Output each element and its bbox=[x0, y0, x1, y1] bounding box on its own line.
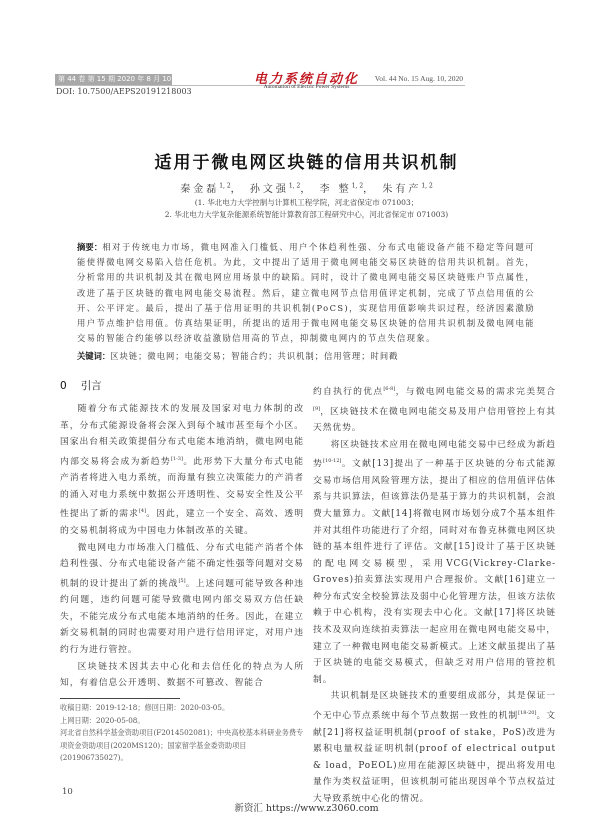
section-heading: 0引言 bbox=[60, 378, 102, 393]
footnote-online-date: 上网日期：2020-05-08。 bbox=[60, 715, 304, 728]
page-number: 10 bbox=[62, 787, 73, 797]
footnote-rule bbox=[60, 698, 180, 699]
section-title: 引言 bbox=[81, 380, 102, 392]
author-aff: 1, 2 bbox=[289, 183, 300, 190]
right-column: 约自执行的优点[6-8]，与微电网电能交易的需求完美契合[9]，区块链技术在微电… bbox=[313, 381, 556, 808]
citation: [4] bbox=[139, 508, 146, 514]
citation: [10-12] bbox=[323, 458, 341, 464]
author-name: 朱有产 bbox=[382, 184, 421, 195]
footnotes: 收稿日期：2019-12-18；修回日期：2020-03-05。 上网日期：20… bbox=[60, 702, 304, 765]
citation: [18-20] bbox=[518, 710, 536, 716]
affiliation-1: (1. 华北电力大学控制与计算机工程学院，河北省保定市 071003； bbox=[0, 197, 613, 208]
abstract-label: 摘要： bbox=[77, 242, 102, 252]
abstract: 摘要：相对于传统电力市场，微电网准入门槛低、用户个体趋利性强、分布式电能设备产能… bbox=[77, 240, 535, 346]
paragraph: 共识机制是区块链技术的重要组成部分，其是保证一个无中心节点系统中每个节点数据一致… bbox=[313, 688, 556, 807]
footnote-funding: 河北省自然科学基金资助项目(F2014502081)；中央高校基本科研业务费专项… bbox=[60, 727, 304, 765]
journal-name-en: Automation of Electric Power Systems bbox=[0, 84, 613, 90]
keywords-text: 区块链；微电网；电能交易；智能合约；共识机制；信用管理；时间戳 bbox=[110, 351, 398, 361]
author-name: 孙文强 bbox=[250, 184, 289, 195]
paragraph: 约自执行的优点[6-8]，与微电网电能交易的需求完美契合[9]，区块链技术在微电… bbox=[313, 381, 556, 437]
footnote-dates: 收稿日期：2019-12-18；修回日期：2020-03-05。 bbox=[60, 702, 304, 715]
author-aff: 1, 2 bbox=[352, 183, 363, 190]
author-name: 李 整 bbox=[320, 184, 352, 195]
citation: [5] bbox=[178, 578, 185, 584]
volume-info: Vol. 44 No. 15 Aug. 10, 2020 bbox=[375, 74, 463, 83]
citation: [6-8] bbox=[383, 386, 395, 392]
citation: [1-3] bbox=[171, 456, 183, 462]
abstract-text: 相对于传统电力市场，微电网准入门槛低、用户个体趋利性强、分布式电能设备产能不稳定… bbox=[77, 242, 535, 343]
section-number: 0 bbox=[60, 380, 67, 392]
watermark: 新资汇 https://www.z3060.com bbox=[0, 800, 613, 814]
author-list: 秦金磊1, 2， 孙文强1, 2， 李 整1, 2， 朱有产1, 2 bbox=[0, 180, 613, 195]
paragraph: 微电网电力市场准入门槛低、分布式电能产消者个体趋利性强、分布式电能设备产能不确定… bbox=[60, 540, 304, 659]
keywords-label: 关键词： bbox=[77, 351, 110, 361]
author-name: 秦金磊 bbox=[180, 184, 219, 195]
paragraph: 随着分布式能源技术的发展及国家对电力体制的改革，分布式能源设备将会深入到每个城市… bbox=[60, 401, 304, 540]
left-column: 随着分布式能源技术的发展及国家对电力体制的改革，分布式能源设备将会深入到每个城市… bbox=[60, 401, 304, 692]
paragraph: 区块链技术因其去中心化和去信任化的特点为人所知，有着信息公开透明、数据不可篡改、… bbox=[60, 659, 304, 692]
keywords: 关键词：区块链；微电网；电能交易；智能合约；共识机制；信用管理；时间戳 bbox=[77, 350, 535, 362]
paper-title: 适用于微电网区块链的信用共识机制 bbox=[0, 148, 613, 173]
author-aff: 1, 2 bbox=[219, 183, 230, 190]
author-aff: 1, 2 bbox=[421, 183, 432, 190]
affiliation-2: 2. 华北电力大学复杂能源系统智能计算教育部工程研究中心，河北省保定市 0710… bbox=[0, 209, 613, 220]
paragraph: 将区块链技术应用在微电网电能交易中已经成为新趋势[10-12]。文献[13]提出… bbox=[313, 437, 556, 689]
